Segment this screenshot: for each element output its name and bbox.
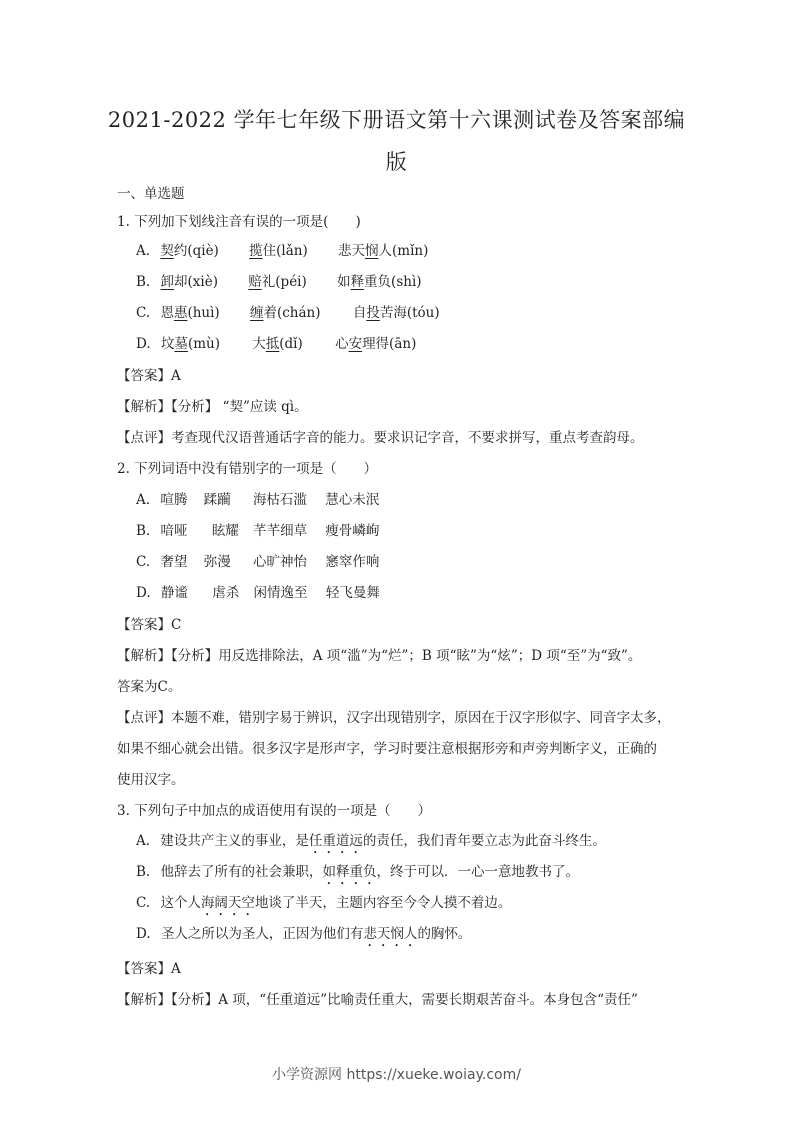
question-1-stem: 1. 下列加下划线注音有误的一项是( ) [117,210,361,230]
option-label: D. [136,336,151,352]
q1-a-item-2: 揽住(lǎn) [249,239,308,259]
q1-option-a: A. 契约(qiè) 揽住(lǎn) 悲天悯人(mǐn) [136,239,428,259]
q1-d-item-1: 坟墓(mù) [161,332,220,352]
q2-comment-line1: 【点评】本题不难，错别字易于辨识，汉字出现错别字，原因在于汉字形似字、同音字太多… [117,706,671,726]
q1-b-item-1: 卸却(xiè) [161,270,218,290]
document-title-line1: 2021-2022 学年七年级下册语文第十六课测试卷及答案部编 [100,104,693,134]
q1-c-item-2: 缠着(chán) [250,301,321,321]
option-label: C. [136,305,150,321]
footer-watermark: 小学资源网 https://xueke.woiay.com/ [0,1064,793,1084]
document-page: 2021-2022 学年七年级下册语文第十六课测试卷及答案部编 版 一、单选题 … [0,0,793,1122]
q1-a-item-3: 悲天悯人(mǐn) [338,239,428,259]
q3-option-c: C. 这个人海阔天空地谈了半天，主题内容至今令人摸不着边。 [136,891,511,919]
q1-option-b: B. 卸却(xiè) 赔礼(péi) 如释重负(shì) [136,270,422,290]
q1-answer: 【答案】A [117,364,181,384]
q1-a-item-1: 契约(qiè) [160,239,218,259]
q1-c-item-3: 自投苦海(tóu) [353,301,440,321]
document-title-line2: 版 [100,146,693,176]
q2-option-a: A. 喧腾 蹂躏 海枯石滥 慧心未泯 [136,488,379,508]
q3-option-a: A. 建设共产主义的事业，是任重道远的责任，我们青年要立志为此奋斗终生。 [136,829,606,857]
q1-d-item-3: 心安理得(ān) [335,332,416,352]
q1-c-item-1: 恩惠(huì) [160,301,219,321]
q2-analysis-line1: 【解析】【分析】用反选排除法，A 项“滥”为“烂”；B 项“眩”为“炫”；D 项… [117,644,641,664]
option-label: B. [136,274,150,290]
q1-b-item-2: 赔礼(péi) [248,270,306,290]
q1-analysis: 【解析】【分析】 “契”应读 qì。 [117,395,308,415]
q2-option-c: C. 奢望 弥漫 心旷神怡 窸窣作响 [136,550,379,570]
q1-option-c: C. 恩惠(huì) 缠着(chán) 自投苦海(tóu) [136,301,440,321]
q1-d-item-2: 大抵(dǐ) [252,332,303,352]
q2-comment-line3: 使用汉字。 [117,768,185,788]
question-2-stem: 2. 下列词语中没有错别字的一项是（ ） [117,457,377,477]
q3-answer: 【答案】A [117,957,181,977]
q2-answer: 【答案】C [117,613,181,633]
q2-option-b: B. 喑哑 眩耀 芊芊细草 瘦骨嶙峋 [136,519,379,539]
q1-option-d: D. 坟墓(mù) 大抵(dǐ) 心安理得(ān) [136,332,416,352]
q1-b-item-3: 如释重负(shì) [337,270,421,290]
q2-option-d: D. 静谧 虐杀 闲情逸至 轻飞曼舞 [136,581,380,601]
q2-comment-line2: 如果不细心就会出错。很多汉字是形声字，学习时要注意根据形旁和声旁判断字义，正确的 [117,737,657,757]
q3-option-d: D. 圣人之所以为圣人，正因为他们有悲天悯人的胸怀。 [136,922,471,950]
q2-analysis-line2: 答案为C。 [117,675,181,695]
q3-analysis: 【解析】【分析】A 项，“任重道远”比喻责任重大，需要长期艰苦奋斗。本身包含“责… [117,988,638,1008]
question-3-stem: 3. 下列句子中加点的成语使用有误的一项是（ ） [117,799,431,819]
section-heading: 一、单选题 [117,182,185,202]
q3-option-b: B. 他辞去了所有的社会兼职，如释重负，终于可以．一心一意地教书了。 [136,860,579,888]
q1-comment: 【点评】考查现代汉语普通话字音的能力。要求识记字音，不要求拼写，重点考查韵母。 [117,426,644,446]
option-label: A. [136,243,150,259]
